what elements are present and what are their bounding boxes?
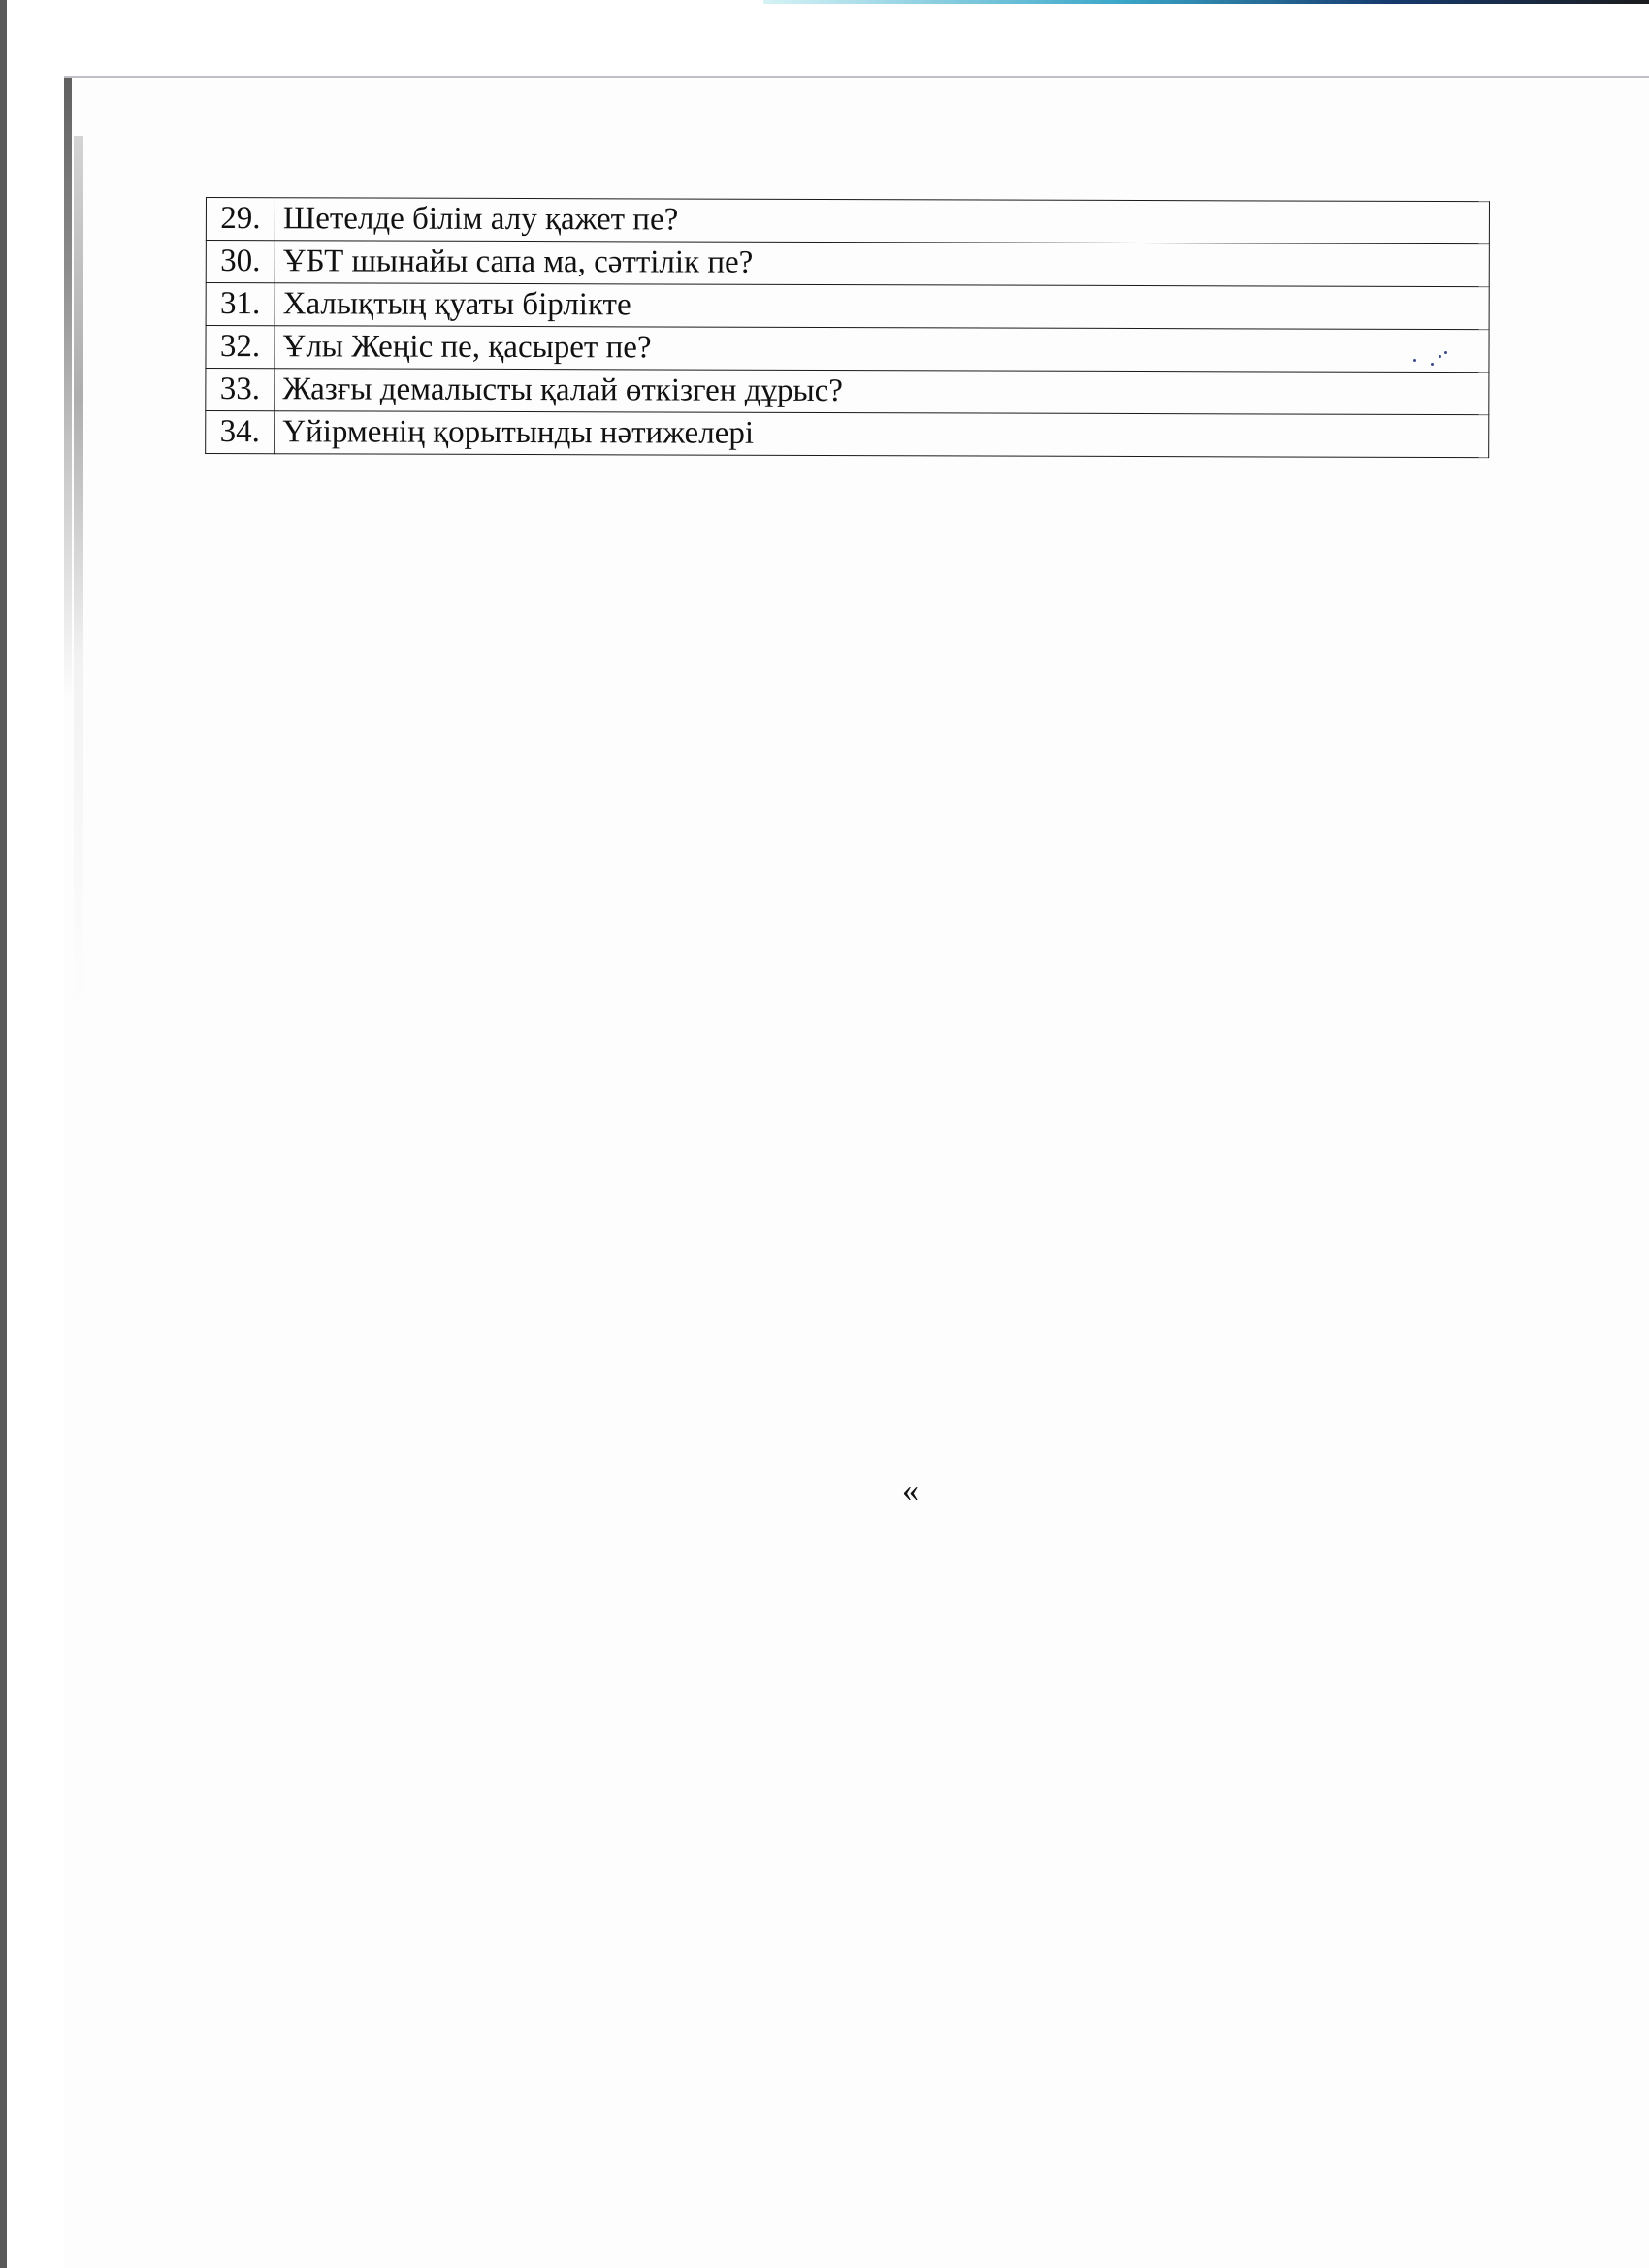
table-row: 32. Ұлы Жеңіс пе, қасырет пе? [206, 326, 1489, 373]
scanner-top-strip [7, 0, 1649, 76]
row-topic: Шетелде білім алу қажет пе? [275, 198, 1489, 244]
row-topic: Ұлы Жеңіс пе, қасырет пе? [275, 326, 1489, 373]
table-row: 31. Халықтың қуаты бірлікте [206, 283, 1489, 330]
scanner-edge [0, 0, 7, 2268]
row-number: 29. [206, 198, 275, 241]
topics-table: 29. Шетелде білім алу қажет пе? 30. ҰБТ … [205, 197, 1490, 458]
scan-noise [74, 136, 83, 1009]
row-topic: Халықтың қуаты бірлікте [275, 283, 1489, 330]
row-number: 31. [206, 283, 275, 326]
row-number: 30. [206, 241, 275, 283]
table-row: 29. Шетелде білім алу қажет пе? [206, 198, 1489, 244]
table-row: 30. ҰБТ шынайы сапа ма, сәттілік пе? [206, 241, 1489, 287]
ink-specks [1411, 349, 1450, 369]
row-topic: Үйірменің қорытынды нәтижелері [275, 411, 1489, 458]
row-number: 34. [206, 411, 275, 454]
row-number: 33. [206, 369, 275, 411]
row-topic: ҰБТ шынайы сапа ма, сәттілік пе? [275, 241, 1489, 287]
scanner-color-artifact [763, 0, 1649, 4]
table-row: 33. Жазғы демалысты қалай өткізген дұрыс… [206, 369, 1489, 415]
row-number: 32. [206, 326, 275, 369]
scan-shadow [64, 78, 72, 698]
row-topic: Жазғы демалысты қалай өткізген дұрыс? [275, 369, 1489, 415]
stray-quote-mark: « [902, 1473, 919, 1509]
table-row: 34. Үйірменің қорытынды нәтижелері [206, 411, 1489, 458]
